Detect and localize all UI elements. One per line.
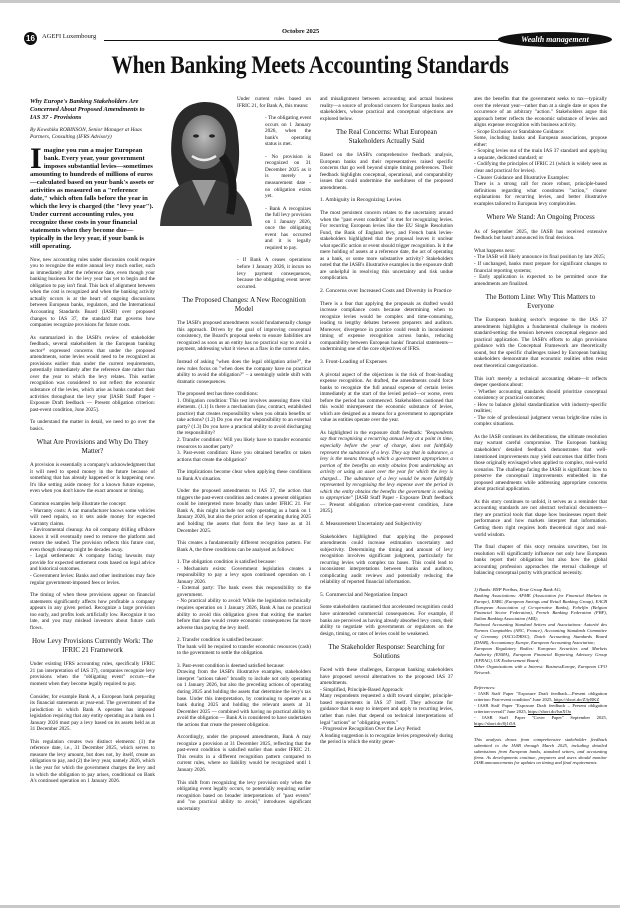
paragraph: The implications become clear when apply… (177, 469, 311, 482)
paragraph: As the IASB continues its deliberations,… (474, 434, 607, 493)
column-3: and misalignment between accounting and … (320, 96, 453, 752)
paragraph: To understand the matter in detail, we n… (30, 419, 155, 432)
issue-date: Octobre 2025 (282, 28, 319, 35)
paragraph: A pivotal aspect of the objections is th… (320, 372, 453, 424)
paragraph: Accordingly, under the proposed amendmen… (177, 734, 311, 773)
next-steps-list: What happens next: - The IASB will likel… (474, 248, 607, 287)
transfer-analysis: 2. Transfer condition is satisfied becau… (177, 637, 311, 657)
concern-heading: 2. Concerns over Increased Costs and Div… (320, 288, 453, 295)
paragraph: As summarized in the IASB's review of st… (30, 335, 155, 414)
subheading: The Bottom Line: Why This Matters to Eve… (474, 293, 607, 310)
subheading: The Real Concerns: What European Stakeho… (320, 128, 453, 145)
reference-link[interactable]: https://short.do/Z3yRKZ (554, 697, 600, 702)
paragraph: As this story continues to unfold, it se… (474, 499, 607, 538)
column-1: Why Europe's Banking Stakeholders Are Co… (30, 98, 155, 791)
paragraph: There is a fear that applying the propos… (320, 301, 453, 353)
paragraph: The most persistent concern relates to t… (320, 210, 453, 282)
paragraph: Now, new accounting rules under discussi… (30, 257, 155, 329)
subheading: The Proposed Changes: A New Recognition … (177, 296, 311, 313)
obligation-analysis: 1. The obligation condition is satisfied… (177, 559, 311, 631)
paragraph: The timing of when these provisions appe… (30, 592, 155, 631)
ifric-item: - The obligating event occurs on 1 Janua… (265, 115, 311, 148)
subheading: How Levy Provisions Currently Work: The … (30, 637, 155, 654)
ifric-item: - If Bank A ceases operations before 1 J… (237, 257, 311, 290)
paragraph: The European banking sector's response t… (474, 317, 607, 369)
subheading: Where We Stand: An Ongoing Process (474, 213, 607, 222)
page-number-badge: 16 (24, 32, 37, 45)
concern-heading: 5. Commercial and Negotiation Impact (320, 592, 453, 599)
drop-cap: I (30, 147, 44, 171)
paragraph: This creates a fundamentally different r… (177, 540, 311, 553)
paragraph: This shift from recognizing the levy pro… (177, 780, 311, 813)
column-2: Under current rules based on IFRIC 21, f… (177, 96, 311, 818)
publication-name: AGEFI Luxembourg (42, 33, 96, 40)
paragraph: Under the proposed amendments to IAS 37,… (177, 488, 311, 534)
paragraph: Stakeholders highlighted that applying t… (320, 534, 453, 586)
column-4: ates the benefits that the government se… (474, 96, 607, 772)
questions-list: This isn't merely a technical accounting… (474, 376, 607, 428)
paragraph: The IASB's proposed amendments would fun… (177, 320, 311, 353)
reference-link[interactable]: https://short.do/0j1t5A (474, 721, 516, 726)
paragraph: Some stakeholders cautioned that acceler… (320, 604, 453, 637)
ifric-list: Under current rules based on IFRIC 21, f… (237, 96, 311, 109)
paragraph: As of September 2025, the IASB has recei… (474, 229, 607, 242)
examples-list: Common examples help illustrate the conc… (30, 501, 155, 586)
quote-paragraph: As highlighted in the exposure draft fee… (320, 430, 453, 515)
paragraph: and misalignment between accounting and … (320, 96, 453, 122)
section-label: Wealth management (498, 32, 612, 47)
references: References: - IASB Staff Paper "Exposure… (474, 685, 607, 726)
solutions-list-cont: ates the benefits that the government se… (474, 96, 607, 207)
subheading: What Are Provisions and Why Do They Matt… (30, 438, 155, 455)
page-header: 16 AGEFI Luxembourg Octobre 2025 Wealth … (20, 28, 610, 50)
paragraph: Instead of asking "when does the legal o… (177, 359, 311, 385)
article-title: When Banking Meets Accounting Standards (43, 52, 576, 80)
reference-link[interactable]: https://short.do/lsnXOo (528, 709, 571, 714)
paragraph: This regulation creates two distinct ele… (30, 739, 155, 785)
subheading: The Stakeholder Response: Searching for … (320, 643, 453, 660)
paragraph: The final chapter of this story remains … (474, 544, 607, 577)
past-event-analysis: 3. Past-event condition is deemed satisf… (177, 663, 311, 728)
header-rule (104, 40, 504, 41)
closing-note: This analysis draws from comprehensive s… (474, 737, 607, 767)
block-quote: "Respondents say that recognising a recu… (320, 430, 453, 501)
paragraph: Consider, for example Bank A, a European… (30, 694, 155, 733)
paragraph: A provision is essentially a company's a… (30, 462, 155, 495)
lead-paragraph: Imagine you run a major European bank. E… (30, 147, 155, 251)
footnotes: 1) Banks: BNP Paribas, Erste Group Bank … (474, 587, 607, 676)
conditions-list: The proposed test has three conditions: … (177, 391, 311, 463)
concern-heading: 4. Measurement Uncertainty and Subjectiv… (320, 521, 453, 528)
paragraph: Under existing IFRS accounting rules, sp… (30, 661, 155, 687)
page-top-border (0, 0, 620, 3)
solutions-list: Faced with these challenges, European ba… (320, 667, 453, 746)
paragraph: Based on the IASB's comprehensive feedba… (320, 152, 453, 191)
article-byline: By Kowshika ROBINSON, Senior Manager at … (30, 127, 155, 140)
concern-heading: 3. Front-Loading of Expenses (320, 359, 453, 366)
concern-heading: 1. Ambiguity in Recognizing Levies (320, 197, 453, 204)
article-kicker: Why Europe's Banking Stakeholders Are Co… (30, 98, 155, 121)
ifric-item: - Bank A recognizes the full levy provis… (265, 206, 311, 252)
ifric-item: - No provision is recognized on 31 Decem… (265, 154, 311, 200)
